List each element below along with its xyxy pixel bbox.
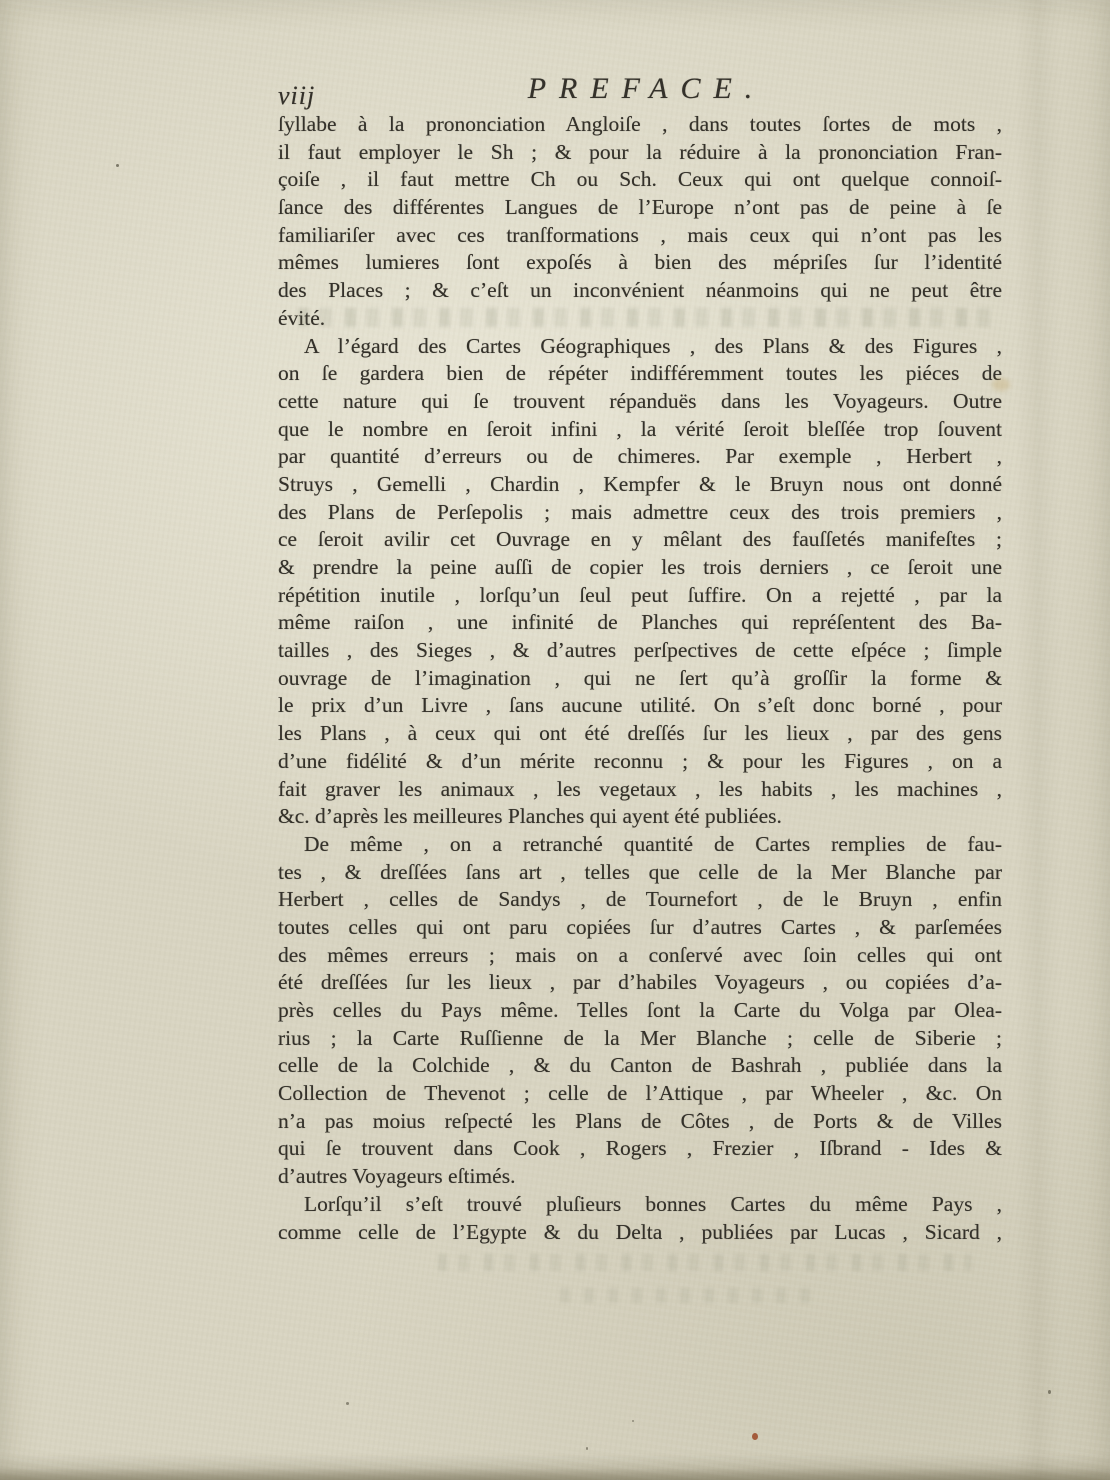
page-number: viij [278, 81, 315, 111]
text-line: des mêmes erreurs ; mais on a conſervé a… [278, 942, 1002, 970]
text-line: répétition inutile , lorſqu’un ſeul peut… [278, 582, 1002, 610]
text-line: çoiſe , il faut mettre Ch ou Sch. Ceux q… [278, 166, 1002, 194]
text-line: familiariſer avec ces tranſformations , … [278, 222, 1002, 250]
text-line: &c. d’après les meilleures Planches qui … [278, 803, 1002, 831]
text-line: Collection de Thevenot ; celle de l’Atti… [278, 1080, 1002, 1108]
bleedthrough-smudge [438, 1254, 972, 1271]
running-title: PREFACE. [278, 72, 1002, 106]
text-line: tes , & dreſſées ſans art , telles que c… [278, 859, 1002, 887]
text-line: d’une fidélité & d’un mérite reconnu ; &… [278, 748, 1002, 776]
text-line: même raiſon , une infinité de Planches q… [278, 609, 1002, 637]
text-line: cette nature qui ſe trouvent répanduës d… [278, 388, 1002, 416]
text-line: ouvrage de l’imagination , qui ne ſert q… [278, 665, 1002, 693]
paper-speck [1048, 1390, 1051, 1394]
text-line: & prendre la peine auſſi de copier les t… [278, 554, 1002, 582]
paper-speck [632, 1420, 634, 1422]
text-line: fait graver les animaux , les vegetaux ,… [278, 776, 1002, 804]
text-line: par quantité d’erreurs ou de chimeres. P… [278, 443, 1002, 471]
text-line: ſance des différentes Langues de l’Europ… [278, 194, 1002, 222]
text-line: des Plans de Perſepolis ; mais admettre … [278, 499, 1002, 527]
text-line: tailles , des Sieges , & d’autres perſpe… [278, 637, 1002, 665]
text-line: le prix d’un Livre , ſans aucune utilité… [278, 692, 1002, 720]
book-page: viij PREFACE. ſyllabe à la prononciation… [0, 0, 1110, 1480]
page-edge-shadow [0, 1468, 1110, 1480]
text-line: près celles du Pays même. Telles ſont la… [278, 997, 1002, 1025]
text-line: évité. [278, 305, 1002, 333]
text-line: comme celle de l’Egypte & du Delta , pub… [278, 1219, 1002, 1247]
text-line: on ſe gardera bien de répéter indifférem… [278, 360, 1002, 388]
text-line: il faut employer le Sh ; & pour la rédui… [278, 139, 1002, 167]
text-line: Struys , Gemelli , Chardin , Kempfer & l… [278, 471, 1002, 499]
text-line: mêmes lumieres ſont expoſés à bien des m… [278, 249, 1002, 277]
text-line: que le nombre en ſeroit infini , la véri… [278, 416, 1002, 444]
text-line: ſyllabe à la prononciation Angloiſe , da… [278, 111, 1002, 139]
text-line: celle de la Colchide , & du Canton de Ba… [278, 1052, 1002, 1080]
text-line: De même , on a retranché quantité de Car… [278, 831, 1002, 859]
text-line: n’a pas moius reſpecté les Plans de Côte… [278, 1108, 1002, 1136]
bleedthrough-smudge [560, 1288, 810, 1303]
text-line: qui ſe trouvent dans Cook , Rogers , Fre… [278, 1135, 1002, 1163]
text-line: Lorſqu’il s’eſt trouvé pluſieurs bonnes … [278, 1191, 1002, 1219]
text-line: les Plans , à ceux qui ont été dreſſés ſ… [278, 720, 1002, 748]
paper-speck [346, 1402, 349, 1405]
text-line: d’autres Voyageurs eſtimés. [278, 1163, 1002, 1191]
text-line: rius ; la Carte Ruſſienne de la Mer Blan… [278, 1025, 1002, 1053]
text-line: toutes celles qui ont paru copiées ſur d… [278, 914, 1002, 942]
page-header: viij PREFACE. [278, 72, 1002, 112]
text-block: ſyllabe à la prononciation Angloiſe , da… [278, 111, 1002, 1246]
text-line: Herbert , celles de Sandys , de Tournefo… [278, 886, 1002, 914]
text-line: été dreſſées ſur les lieux , par d’habil… [278, 969, 1002, 997]
paper-speck [586, 1447, 588, 1450]
text-line: A l’égard des Cartes Géographiques , des… [278, 333, 1002, 361]
text-line: ce ſeroit avilir cet Ouvrage en y mêlant… [278, 526, 1002, 554]
paper-speck [752, 1433, 758, 1440]
text-line: des Places ; & c’eſt un inconvénient néa… [278, 277, 1002, 305]
paper-speck [116, 164, 119, 167]
